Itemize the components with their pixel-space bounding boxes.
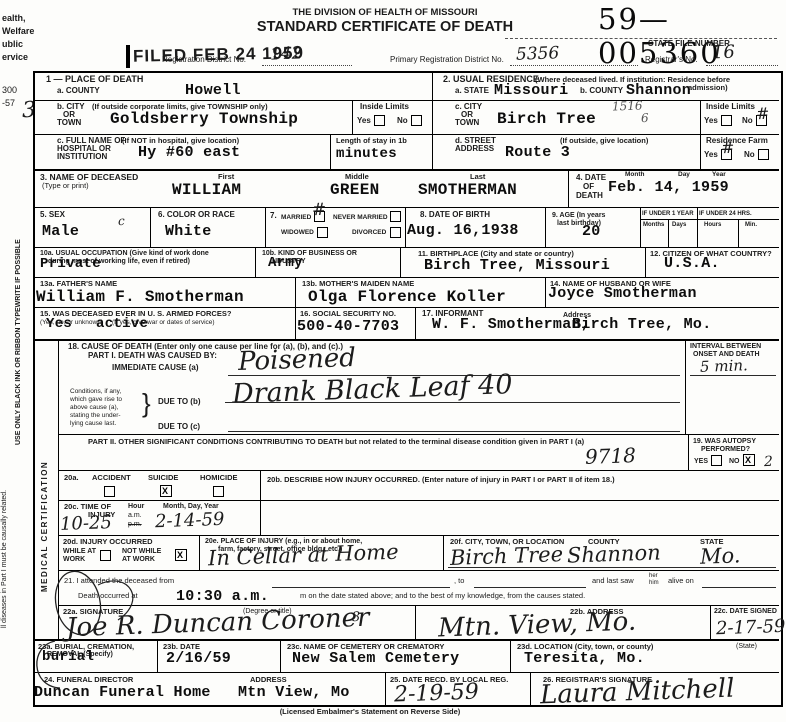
field-1b-value: Goldsberry Township (110, 111, 298, 127)
homicide-label: HOMICIDE (200, 474, 238, 482)
part2-label: PART II. OTHER SIGNIFICANT CONDITIONS CO… (88, 438, 584, 446)
field-20c-date-handwriting: 2-14-59 (155, 511, 225, 531)
field-2c-value: Birch Tree (497, 111, 596, 127)
not-while-at-work-mark: X (177, 551, 183, 560)
yes-label: Yes (357, 117, 371, 125)
field-22b-handwriting: Mtn. View, Mo. (438, 609, 637, 642)
residence-farm-label: Residence Farm (706, 137, 768, 145)
if-under-24-hrs-label: IF UNDER 24 HRS. (699, 211, 752, 217)
field-3-middle: GREEN (330, 182, 380, 198)
not-while-at-work-label: AT WORK (122, 556, 155, 563)
divorced-checkbox (390, 227, 401, 238)
primary-district-label: Primary Registration District No. (390, 56, 504, 64)
field-13a-value: William F. Smotherman (36, 289, 244, 305)
field-2b-value: Shannon (626, 83, 691, 98)
immediate-cause-label: IMMEDIATE CAUSE (a) (112, 364, 199, 372)
field-2c-handwriting: 1516 (612, 99, 643, 112)
field-9-value: 20 (582, 224, 601, 239)
field-2d-value: Route 3 (505, 145, 570, 160)
yes-label: Yes (704, 117, 718, 125)
due-to-b-label: DUE TO (b) (158, 398, 201, 406)
interval-label: INTERVAL BETWEEN (690, 343, 761, 350)
field-23d-value: Teresita, Mo. (524, 651, 645, 666)
field-5-handwriting: c (118, 215, 125, 227)
yes-checkbox (711, 455, 722, 466)
field-22c-handwriting: 2-17-59 (716, 618, 786, 638)
cause-a-handwriting: Poisened (238, 345, 357, 375)
divider (505, 37, 777, 39)
field-20b-label: 20b. DESCRIBE HOW INJURY OCCURRED. (Ente… (267, 476, 615, 484)
field-8-value: Aug. 16,1938 (407, 223, 519, 238)
field-2c-handwriting: 6 (641, 112, 649, 124)
no-checkbox-mark: # (756, 106, 770, 122)
due-to-c-label: DUE TO (c) (158, 423, 200, 431)
widowed-checkbox (317, 227, 328, 238)
married-checkbox-mark: # (312, 202, 327, 219)
accident-checkbox (104, 486, 115, 497)
margin-agency-line: Welfare (2, 27, 34, 36)
field-1c-value: Hy #60 east (138, 145, 240, 160)
days-label: Days (672, 222, 686, 228)
field-7-label: 7. (270, 212, 277, 220)
medical-certification-label: MEDICAL CERTIFICATION (41, 392, 49, 592)
field-1-title: 1 — PLACE OF DEATH (46, 75, 143, 84)
signature-superscript: 3 (352, 611, 361, 624)
first-label: First (218, 173, 234, 181)
part2-handwriting: 9718 (585, 445, 637, 467)
margin-agency-line: ublic (2, 40, 23, 49)
conditions-note: stating the under- (70, 413, 121, 420)
header-division: THE DIVISION OF HEALTH OF MISSOURI (250, 8, 520, 18)
field-1c-label: INSTITUTION (57, 153, 107, 161)
no-label: No (742, 117, 753, 125)
field-20d-label: 20d. INJURY OCCURRED (63, 538, 153, 546)
year-label: Year (712, 172, 726, 179)
registrar-signature: Laura Mitchell (540, 676, 735, 709)
field-11-value: Birch Tree, Missouri (424, 258, 610, 273)
middle-label: Middle (345, 173, 369, 181)
no-label: No (744, 151, 755, 159)
suicide-label: SUICIDE (148, 474, 178, 482)
suicide-checkbox-mark: X (162, 487, 168, 496)
field-2a-label: a. STATE (455, 87, 489, 95)
field-2b-label: b. COUNTY (580, 87, 623, 95)
field-6-value: White (165, 224, 212, 239)
field-15-value: Yes (46, 317, 72, 331)
min-label: Min. (745, 222, 757, 228)
field-19-label: 19. WAS AUTOPSY (693, 438, 756, 445)
field-5-label: 5. SEX (40, 211, 65, 219)
yes-checkbox (721, 115, 732, 126)
pm-label: p.m. (128, 521, 142, 528)
field-9-label: 9. AGE (In years (552, 212, 605, 219)
accident-label: ACCIDENT (92, 474, 131, 482)
yes-label: YES (694, 458, 708, 465)
registrar-no-value: 16 (712, 44, 736, 63)
margin-note-black-ink: USE ONLY BLACK INK OR RIBBON TYPEWRITE I… (15, 203, 22, 445)
no-label: NO (729, 458, 740, 465)
field-1b-label: TOWN (57, 119, 81, 127)
registrar-no-label: Registrar's No. (645, 56, 698, 64)
field-1a-label: a. COUNTY (57, 87, 100, 95)
field-20f-state-handwriting: Mo. (700, 545, 741, 567)
field-2-note: admission) (688, 84, 728, 92)
field-21-text: , to (454, 577, 464, 585)
field-2a-value: Missouri (494, 83, 568, 98)
primary-district-value: 5356 (516, 45, 560, 63)
length-of-stay-value: minutes (336, 147, 397, 161)
field-21-text: m on the date stated above; and to the b… (300, 592, 585, 600)
last-label: Last (470, 173, 485, 181)
field-13a-label: 13a. FATHER'S NAME (40, 280, 117, 288)
field-12-value: U.S.A. (664, 256, 720, 271)
form-code: -57 (2, 99, 15, 108)
no-checkbox-mark: X (745, 456, 751, 465)
divider (262, 64, 352, 66)
if-under-1-year-label: IF UNDER 1 YEAR (642, 211, 694, 217)
yes-label: Yes (704, 151, 718, 159)
while-at-work-checkbox (100, 550, 111, 561)
no-checkbox (758, 149, 769, 160)
field-5-value: Male (42, 224, 79, 239)
hours-label: Hours (704, 222, 721, 228)
while-at-work-label: WORK (63, 556, 85, 563)
part1-label: PART I. DEATH WAS CAUSED BY: (88, 352, 217, 360)
field-3-last: SMOTHERMAN (418, 182, 517, 198)
conditions-note: lying cause last. (70, 421, 116, 428)
conditions-note: which gave rise to (70, 397, 122, 404)
inside-limits-label: Inside Limits (360, 103, 409, 111)
field-17-address-value: Birch Tree, Mo. (572, 317, 712, 332)
field-23b-value: 2/16/59 (166, 651, 231, 666)
field-13b-label: 13b. MOTHER'S MAIDEN NAME (302, 280, 414, 288)
no-checkbox (411, 115, 422, 126)
never-married-label: NEVER MARRIED (333, 215, 388, 222)
death-certificate-scan: ealth, Welfare ublic ervice 300 -57 3 US… (0, 0, 786, 722)
married-label: MARRIED (281, 215, 311, 222)
widowed-label: WIDOWED (281, 230, 314, 237)
while-at-work-label: WHILE AT (63, 548, 96, 555)
field-2c-label: TOWN (455, 119, 479, 127)
address-label: ADDRESS (250, 676, 287, 684)
months-label: Months (643, 222, 664, 228)
divider (510, 64, 638, 66)
field-10a-value: Private (40, 257, 101, 271)
field-19-handwriting: 2 (764, 455, 773, 469)
field-19-label: PERFORMED? (701, 446, 750, 453)
divorced-label: DIVORCED (352, 230, 386, 237)
yes-checkbox (374, 115, 385, 126)
margin-agency-line: ealth, (2, 14, 26, 23)
field-23a-value: burial (42, 650, 94, 664)
field-6-label: 6. COLOR OR RACE (158, 211, 235, 219)
field-16-label: 16. SOCIAL SECURITY NO. (300, 310, 396, 318)
scan-artifact (126, 45, 130, 68)
not-while-at-work-label: NOT WHILE (122, 548, 161, 555)
field-21-time-value: 10:30 a.m. (176, 589, 269, 604)
field-4-label: DEATH (576, 192, 603, 200)
field-25-handwriting: 2-19-59 (394, 682, 480, 707)
conditions-note: Conditions, if any, (70, 389, 121, 396)
margin-agency-line: ervice (2, 53, 28, 62)
him-label: him (649, 580, 659, 586)
field-15-value: active (96, 317, 148, 331)
field-16-value: 500-40-7703 (297, 319, 399, 334)
field-24-label: 24. FUNERAL DIRECTOR (44, 676, 133, 684)
field-20c-hour-handwriting: 10-25 (60, 514, 112, 534)
reg-district-value: 142 (270, 45, 303, 63)
no-label: No (397, 117, 408, 125)
field-22c-label: 22c. DATE SIGNED (714, 608, 777, 615)
field-1a-value: Howell (185, 83, 241, 98)
divider (706, 64, 778, 66)
hour-label: Hour (128, 503, 144, 510)
field-21-text: alive on (668, 577, 694, 585)
field-4-value: Feb. 14, 1959 (608, 180, 729, 195)
field-23c-value: New Salem Cemetery (292, 651, 459, 666)
her-label: her (649, 573, 658, 579)
margin-note-diseases: ll diseases in Part I must be causally r… (1, 438, 8, 628)
state-note: (State) (736, 643, 757, 650)
interval-value-handwriting: 5 min. (700, 358, 748, 375)
field-24-address-value: Mtn View, Mo (238, 685, 350, 700)
am-label: a.m. (128, 512, 142, 519)
field-21-text: and last saw (592, 577, 634, 585)
inside-limits-label: Inside Limits (706, 103, 755, 111)
field-3-first: WILLIAM (172, 182, 241, 198)
field-24-value: Duncan Funeral Home (34, 685, 211, 700)
length-of-stay-label: Length of stay in 1b (336, 137, 407, 145)
field-13b-value: Olga Florence Koller (308, 289, 506, 305)
field-2d-label: ADDRESS (455, 145, 494, 153)
footer-note: (Licensed Embalmer's Statement on Revers… (220, 708, 520, 716)
field-2d-note: (If outside, give location) (560, 137, 648, 145)
conditions-note: above cause (a), (70, 405, 118, 412)
never-married-checkbox (390, 211, 401, 222)
document-title: STANDARD CERTIFICATE OF DEATH (230, 20, 540, 35)
month-label: Month (625, 172, 645, 179)
field-14-value: Joyce Smotherman (548, 286, 697, 301)
field-10b-value: Army (268, 256, 303, 270)
brace-glyph: } (142, 390, 151, 417)
day-label: Day (678, 172, 690, 179)
yes-checkbox-mark: # (721, 140, 735, 156)
homicide-checkbox (213, 486, 224, 497)
field-8-label: 8. DATE OF BIRTH (420, 211, 490, 219)
pen-flourish (48, 565, 158, 640)
field-20a-label: 20a. (64, 474, 79, 482)
form-code: 300 (2, 86, 17, 95)
field-20f-county-handwriting: Shannon (567, 542, 661, 566)
field-3-note: (Type or print) (42, 182, 89, 190)
reg-district-label: Registration District No. (162, 56, 246, 64)
